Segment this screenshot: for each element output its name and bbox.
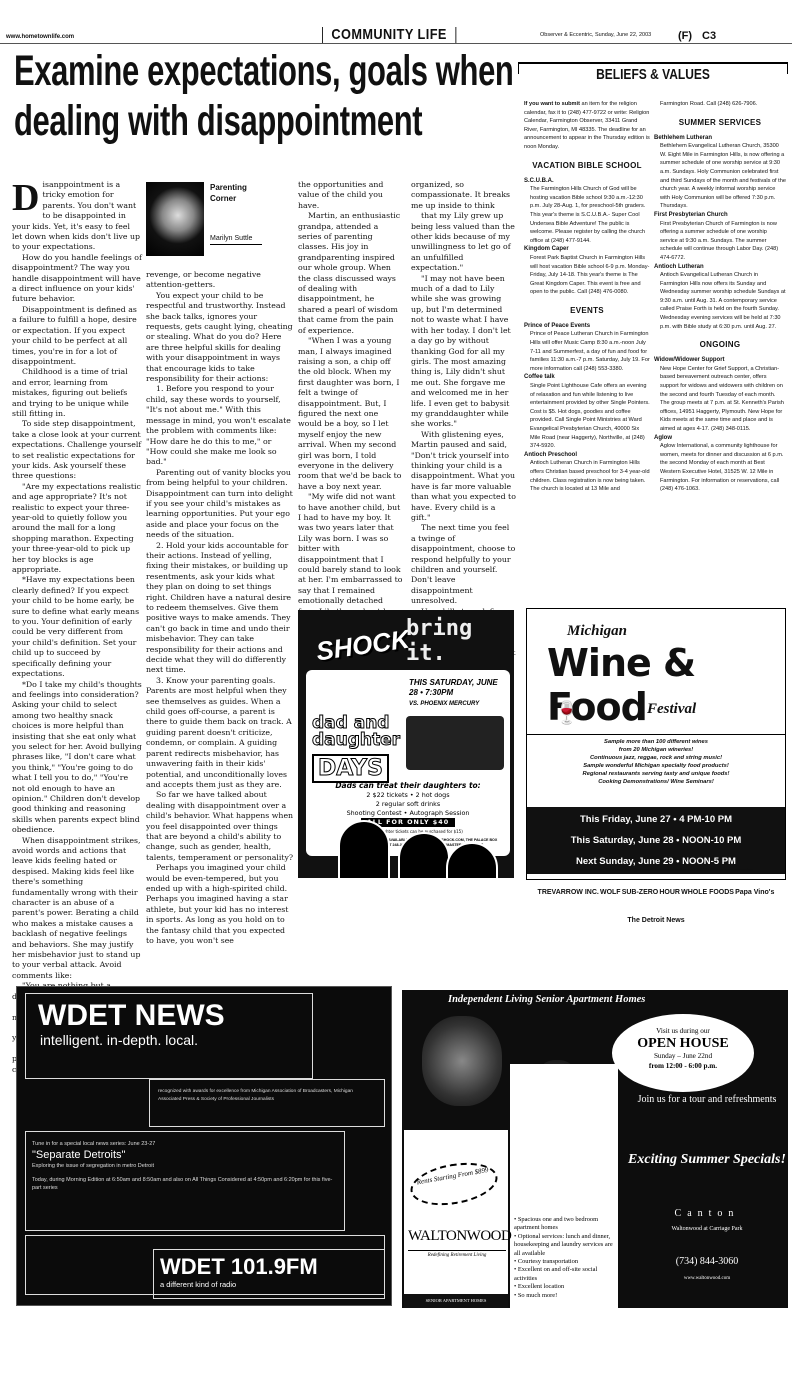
headline-line-1: Examine expectations, goals when xyxy=(14,46,374,96)
developer-logo: ⌂ SINGH. xyxy=(558,1290,588,1298)
listing-title: Antioch Lutheran xyxy=(654,263,786,272)
publication-date: Observer & Eccentric, Sunday, June 22, 2… xyxy=(540,32,651,38)
waltonwood-brand-panel: Rents Starting From $899 WALTONWOOD Rede… xyxy=(404,1130,508,1308)
article-paragraph: *Have my expectations been clearly defin… xyxy=(12,575,142,679)
article-paragraph: When disappointment strikes, avoid words… xyxy=(12,836,142,982)
section-heading: VACATION BIBLE SCHOOL xyxy=(524,161,650,170)
article-paragraph: Perhaps you imagined your child would be… xyxy=(146,863,294,946)
page-label: C3 xyxy=(702,30,716,42)
drop-cap: D xyxy=(12,182,39,214)
shock-date: THIS SATURDAY, JUNE 28 • 7:30PM xyxy=(409,678,505,698)
article-paragraph: that my Lily grew up being less valued t… xyxy=(411,211,516,273)
article-paragraph: So far we have talked about dealing with… xyxy=(146,790,294,863)
wdet-awards: recognized with awards for excellence fr… xyxy=(158,1088,376,1103)
wdet-call-tag: a different kind of radio xyxy=(160,1280,378,1289)
right-lead: Farmington Road. Call (248) 626-7906. xyxy=(654,100,786,109)
wine-dates: This Friday, June 27 • 4 PM-10 PMThis Sa… xyxy=(527,807,785,874)
wdet-frequency: WDET 101.9FM xyxy=(160,1254,378,1280)
listing-body: Antioch Lutheran Church in Farmington Hi… xyxy=(524,459,650,493)
wdet-series-box: Tune in for a special local news series:… xyxy=(25,1131,345,1231)
column-title: Parenting Corner xyxy=(210,182,270,204)
player-silhouette xyxy=(398,832,450,878)
phone-number: (734) 844-3060 xyxy=(628,1256,786,1267)
article-paragraph: Parenting out of vanity blocks you from … xyxy=(146,468,294,541)
article-paragraph: 2. Hold your kids accountable for their … xyxy=(146,541,294,676)
wdet-series-title: "Separate Detroits" xyxy=(32,1148,338,1162)
sponsor-logo: Papa Vino's xyxy=(735,886,774,899)
sponsor-logo: WHOLE FOODS xyxy=(681,886,734,899)
sponsor-logo: HOUR xyxy=(659,886,680,899)
listing-body: Bethlehem Evangelical Lutheran Church, 3… xyxy=(654,142,786,211)
wdet-series-desc: Exploring the issue of segregation in me… xyxy=(32,1162,338,1170)
wine-sponsors: TREVARROW INC.WOLFSUB-ZEROHOURWHOLE FOOD… xyxy=(527,874,785,938)
article-column-1: D isanppointment is a tricky emotion for… xyxy=(12,180,142,1075)
shock-title: dad anddaughter xyxy=(312,715,400,749)
wdet-title-box: WDET NEWS intelligent. in-depth. local. xyxy=(25,993,313,1079)
waltonwood-title: Independent Living Senior Apartment Home… xyxy=(448,994,645,1005)
oval-line-1: Visit us during our xyxy=(612,1026,754,1036)
section-title: COMMUNITY LIFE xyxy=(322,27,456,43)
wine-glass-icon: 🍷 xyxy=(553,701,580,726)
beliefs-title: BELIEFS & VALUES xyxy=(545,66,761,83)
developer-name: SINGH. xyxy=(564,1290,588,1298)
listing-body: Antioch Evangelical Lutheran Church in F… xyxy=(654,271,786,331)
wine-feature: from 20 Michigan wineries! xyxy=(531,746,781,754)
wdet-awards-box: recognized with awards for excellence fr… xyxy=(149,1079,385,1127)
wdet-title: WDET NEWS xyxy=(26,994,312,1032)
intro-text: an item for the religion calendar, fax i… xyxy=(524,101,650,150)
wine-food-ad[interactable]: Michigan Wine & Food 🍷 Festival Sample m… xyxy=(526,608,786,880)
article-paragraph: revenge, or become negative attention-ge… xyxy=(146,270,294,291)
shock-opponent: VS. PHOENIX MERCURY xyxy=(409,701,479,707)
article-paragraph: "When I was a young man, I always imagin… xyxy=(298,336,403,492)
waltonwood-logo: WALTONWOOD xyxy=(408,1228,506,1245)
listing-title: Antioch Preschool xyxy=(524,451,650,460)
listing-body: Aglow International, a community lightho… xyxy=(654,442,786,494)
section-heading: ONGOING xyxy=(654,340,786,349)
sponsor-logo: TREVARROW INC. xyxy=(538,886,599,899)
page-number: (F)C3 xyxy=(678,30,716,42)
listing-body: First Presbyterian Church of Farmington … xyxy=(654,220,786,263)
article-paragraph: *Do I take my child's thoughts and feeli… xyxy=(12,680,142,836)
player-silhouette xyxy=(338,820,390,878)
wine-features: Sample more than 100 different winesfrom… xyxy=(527,735,785,807)
wdet-schedule: Today, during Morning Edition at 6:50am … xyxy=(32,1176,338,1192)
shock-ad[interactable]: SHOCK bring it. THIS SATURDAY, JUNE 28 •… xyxy=(298,610,514,878)
waltonwood-tagline: Redefining Retirement Living xyxy=(408,1250,506,1258)
location-city: Canton xyxy=(628,1208,786,1219)
listing-body: Prince of Peace Lutheran Church in Farmi… xyxy=(524,330,650,373)
tour-invite: Join us for a tour and refreshments xyxy=(632,1094,782,1106)
article-paragraph: "My wife did not want to have another ch… xyxy=(298,492,403,627)
sponsor-logo: WOLF xyxy=(600,886,621,899)
waltonwood-ad[interactable]: Independent Living Senior Apartment Home… xyxy=(402,990,788,1308)
wine-tickets: Tickets at Meijer, The Palace Box Office… xyxy=(577,867,754,872)
wdet-ad[interactable]: WDET NEWS intelligent. in-depth. local. … xyxy=(16,986,392,1306)
oval-line-3: Sunday – June 22nd xyxy=(612,1051,754,1061)
beliefs-left-column: If you want to submit an item for the re… xyxy=(524,100,650,494)
article-paragraph: 1. Before you respond to your child, say… xyxy=(146,384,294,467)
oval-line-2: OPEN HOUSE xyxy=(612,1036,754,1051)
wine-feature: Continuous jazz, reggae, rock and string… xyxy=(531,754,781,762)
listing-title: Aglow xyxy=(654,434,786,443)
shock-slogan: bring it. xyxy=(406,616,514,666)
listing-body: New Hope Center for Grief Support, a Chr… xyxy=(654,365,786,434)
article-paragraph: The next time you feel a twinge of disap… xyxy=(411,523,516,606)
listing-title: Bethlehem Lutheran xyxy=(654,134,786,143)
wine-feature: Sample wonderful Michigan specialty food… xyxy=(531,762,781,770)
sponsor-logo: SUB-ZERO xyxy=(622,886,659,899)
shock-offer: Dads can treat their daughters to: 2 $22… xyxy=(306,781,510,836)
wine-line-3: Festival xyxy=(647,701,696,718)
wine-date: This Friday, June 27 • 4 PM-10 PM xyxy=(527,809,785,830)
wdet-call-box: WDET 101.9FM a different kind of radio xyxy=(153,1249,385,1299)
amenities-list: Spacious one and two bedroom apartment h… xyxy=(510,1064,618,1308)
wine-feature: Regional restaurants serving tasty and u… xyxy=(531,770,781,778)
oval-line-4: from 12:00 - 6:00 p.m. xyxy=(612,1061,754,1071)
listing-title: S.C.U.B.A. xyxy=(524,177,650,186)
summer-specials: Exciting Summer Specials! xyxy=(628,1150,786,1169)
edition-label: (F) xyxy=(678,30,692,42)
website-link[interactable]: www.waltonwood.com xyxy=(628,1276,786,1281)
listing-body: Single Point Lighthouse Cafe offers an e… xyxy=(524,382,650,451)
title-line-2: daughter xyxy=(312,732,400,749)
amenity-item: Optional services: lunch and dinner, hou… xyxy=(514,1233,616,1258)
listing-body: The Farmington Hills Church of God will … xyxy=(524,185,650,245)
wine-line-1: Michigan xyxy=(567,623,627,640)
article-paragraph: You expect your child to be respectful a… xyxy=(146,291,294,385)
article-paragraph: With glistening eyes, Martin paused and … xyxy=(411,430,516,524)
section-heading: EVENTS xyxy=(524,306,650,315)
shock-panel: THIS SATURDAY, JUNE 28 • 7:30PM VS. PHOE… xyxy=(306,670,510,856)
section-heading: SUMMER SERVICES xyxy=(654,118,786,127)
article-paragraph: Disappointment is defined as a failure t… xyxy=(12,305,142,367)
offer-heading: Dads can treat their daughters to: xyxy=(335,781,480,790)
shock-photo xyxy=(406,716,504,770)
rent-seal: Rents Starting From $899 xyxy=(407,1157,501,1212)
intro-lead: If you want to submit xyxy=(524,101,580,107)
amenity-item: Spacious one and two bedroom apartment h… xyxy=(514,1216,616,1233)
wine-logo-area: Michigan Wine & Food 🍷 Festival xyxy=(527,609,785,735)
wine-date: This Saturday, June 28 • NOON-10 PM xyxy=(527,830,785,851)
listing-title: First Presbyterian Church xyxy=(654,211,786,220)
offer-line-2: 2 regular soft drinks xyxy=(376,800,440,808)
listing-title: Prince of Peace Events xyxy=(524,322,650,331)
beliefs-intro: If you want to submit an item for the re… xyxy=(524,100,650,152)
offer-line-3: Shooting Contest • Autograph Session xyxy=(347,809,470,817)
wine-feature: Cooking Demonstrations/ Wine Seminars! xyxy=(531,778,781,786)
listing-title: Kingdom Caper xyxy=(524,245,650,254)
shock-days: DAYS xyxy=(312,754,389,783)
headline: Examine expectations, goals when dealing… xyxy=(14,46,374,146)
article-paragraph: Martin, an enthusiastic grandpa, attende… xyxy=(298,211,403,336)
site-url: www.hometownlife.com xyxy=(6,34,74,40)
wdet-tagline: intelligent. in-depth. local. xyxy=(26,1032,312,1048)
header-rule xyxy=(0,43,792,44)
article-paragraph: Childhood is a time of trial and error, … xyxy=(12,367,142,419)
amenity-item: Excellent on and off-site social activit… xyxy=(514,1266,616,1283)
open-house-oval: Visit us during our OPEN HOUSE Sunday – … xyxy=(612,1014,754,1092)
wine-feature: Sample more than 100 different wines xyxy=(531,738,781,746)
amenity-item: Courtesy transportation xyxy=(514,1258,616,1266)
beliefs-right-column: Farmington Road. Call (248) 626-7906. SU… xyxy=(654,100,786,494)
shock-logo: SHOCK xyxy=(314,624,411,668)
wdet-tune-in: Tune in for a special local news series:… xyxy=(32,1140,338,1148)
senior-photo xyxy=(422,1016,502,1106)
article-paragraph: To side step disappointment, take a clos… xyxy=(12,419,142,481)
article-paragraph: How do you handle feelings of disappoint… xyxy=(12,253,142,305)
article-column-2: revenge, or become negative attention-ge… xyxy=(146,270,294,946)
article-paragraph: "Are my expectations realistic and age a… xyxy=(12,482,142,576)
article-paragraph: "I may not have been much of a dad to Li… xyxy=(411,274,516,430)
offer-line-1: 2 $22 tickets • 2 hot dogs xyxy=(366,791,449,799)
article-paragraph: 3. Know your parenting goals. Parents ar… xyxy=(146,676,294,790)
author-byline: Marilyn Suttle xyxy=(210,234,262,245)
headline-line-2: dealing with disappointment xyxy=(14,96,374,146)
sponsor-logo: The Detroit News xyxy=(627,914,684,927)
listing-body: Forest Park Baptist Church in Farmington… xyxy=(524,254,650,297)
author-photo xyxy=(146,182,204,256)
listing-title: Coffee talk xyxy=(524,373,650,382)
waltonwood-footer: SENIOR APARTMENT HOMES xyxy=(404,1294,508,1308)
location-name: Waltonwood at Carriage Park xyxy=(628,1226,786,1232)
listing-title: Widow/Widower Support xyxy=(654,356,786,365)
article-paragraph: the opportunities and value of the child… xyxy=(298,180,403,211)
